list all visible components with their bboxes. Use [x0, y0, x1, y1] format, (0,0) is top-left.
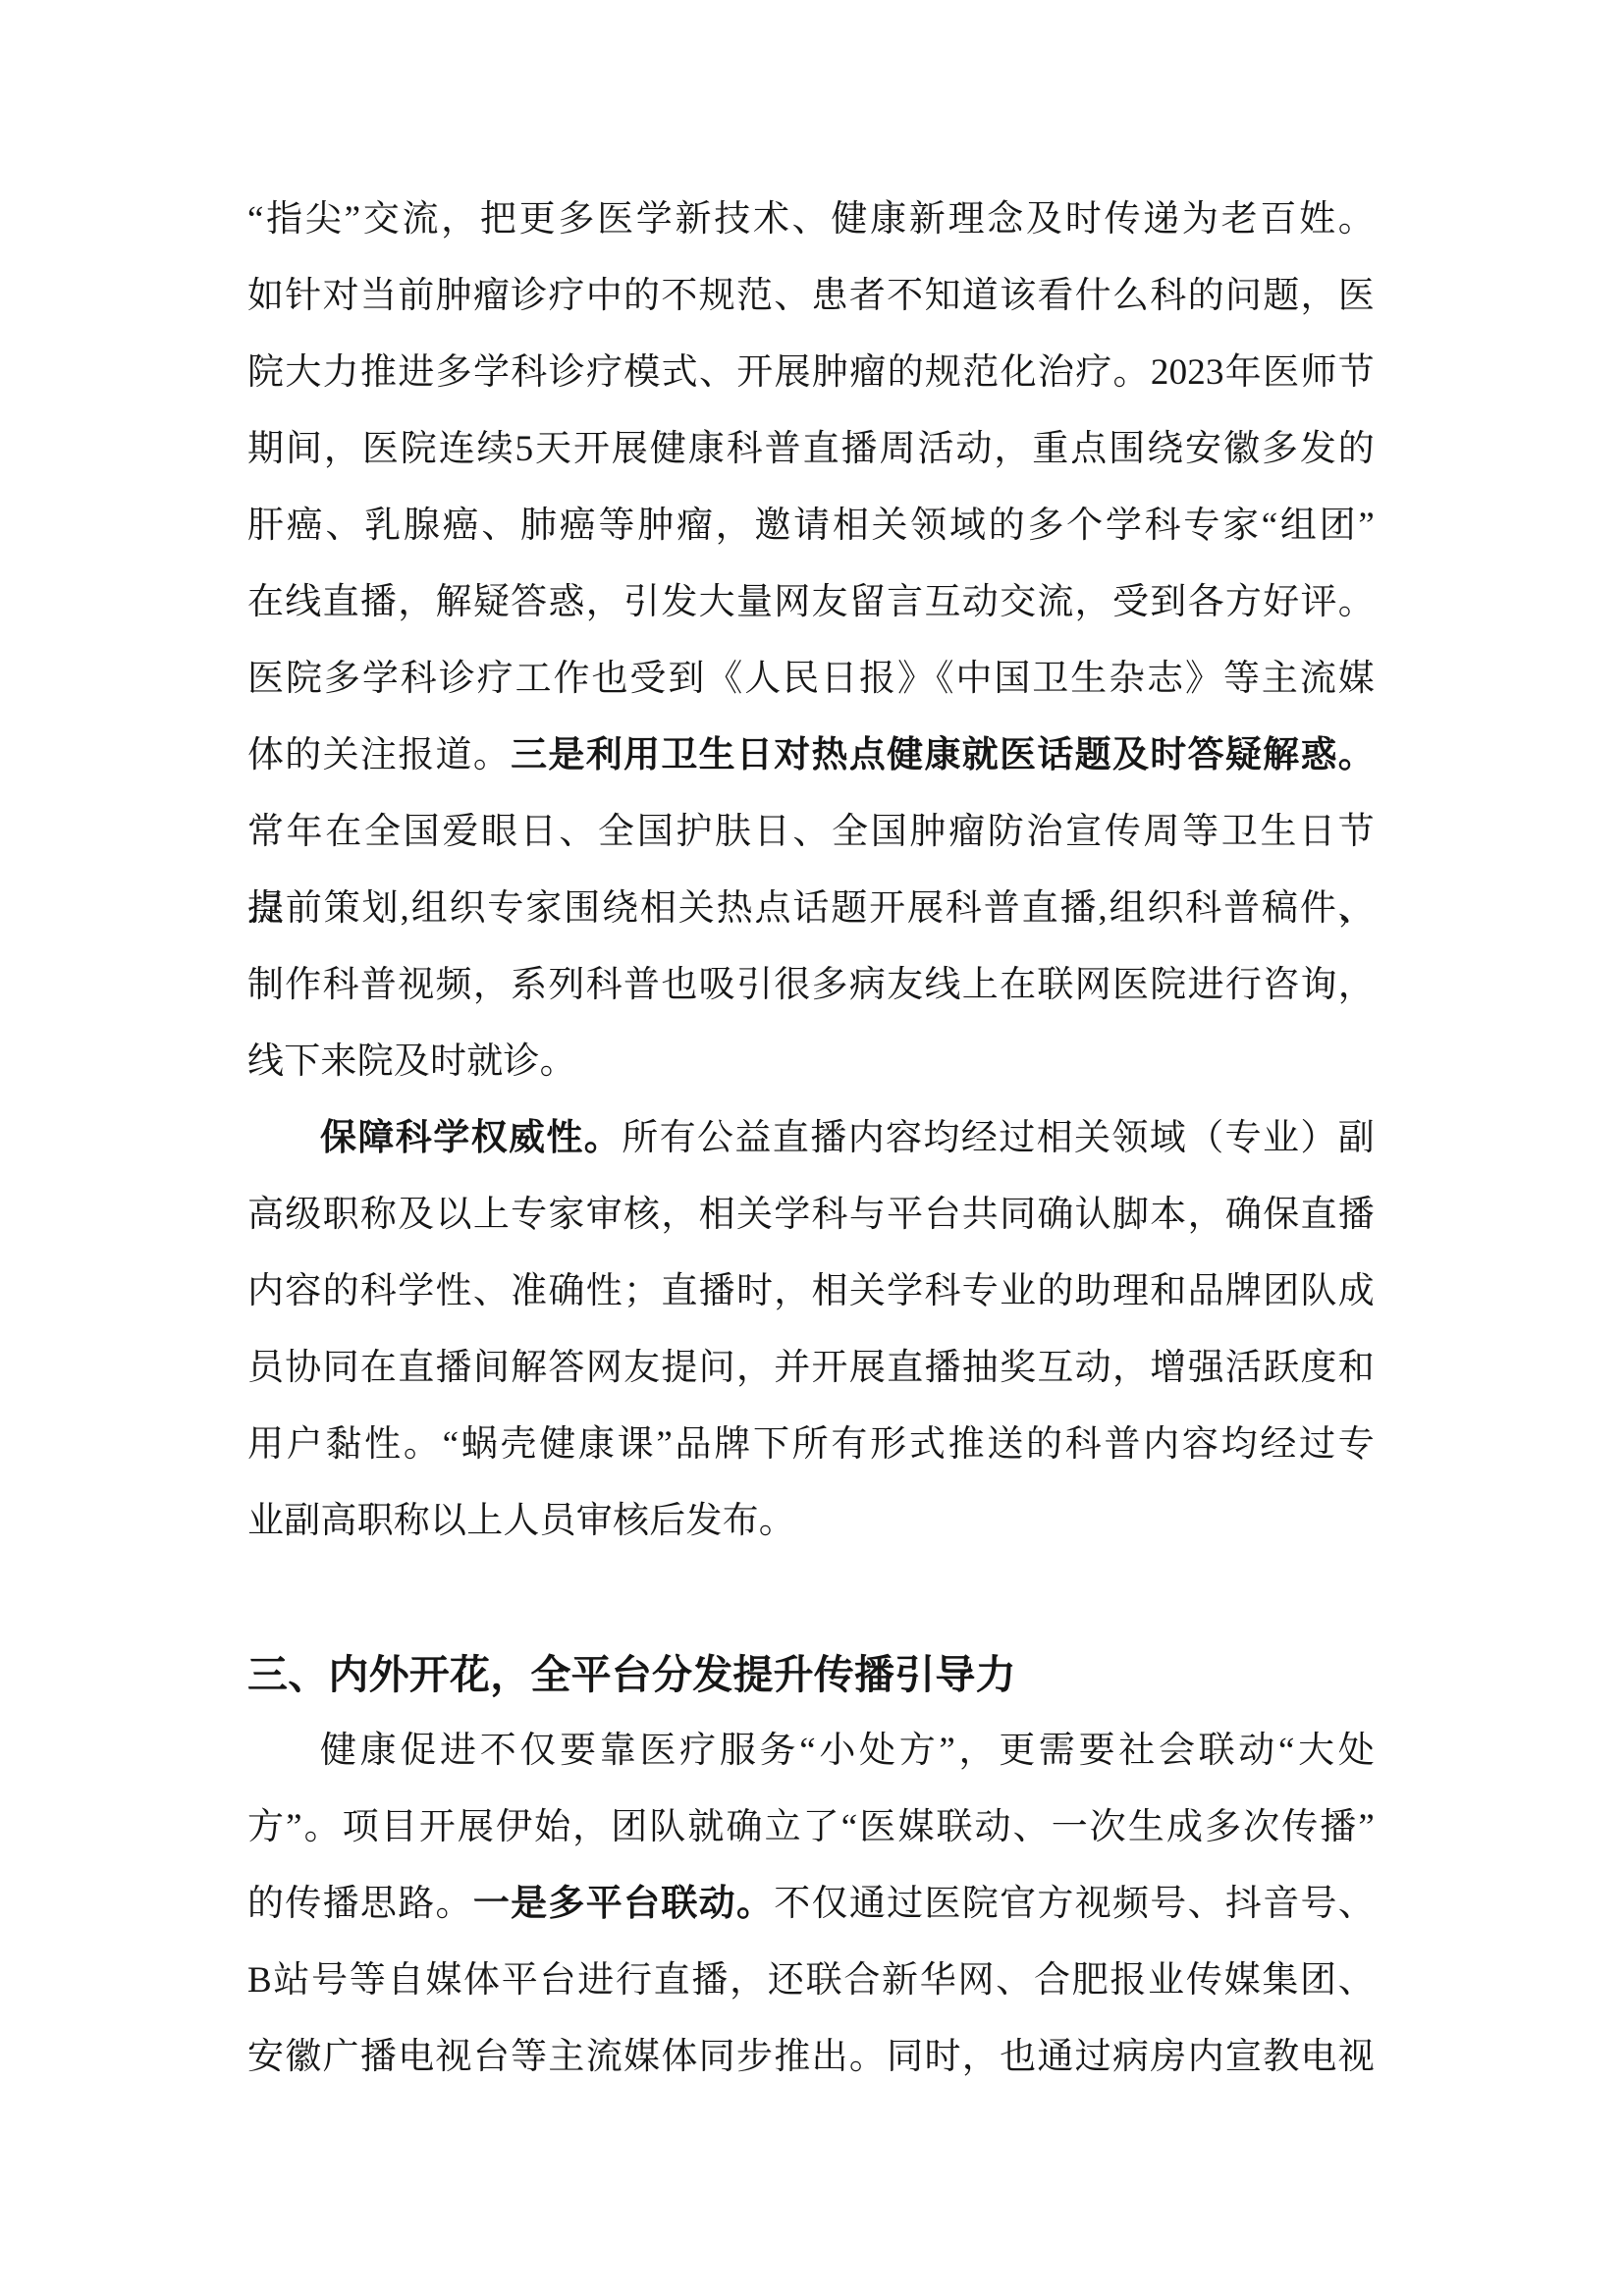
- text-line: 保障科学权威性。所有公益直播内容均经过相关领域（专业）副: [247, 1100, 1375, 1177]
- text-run: 制作科普视频，系列科普也吸引很多病友线上在联网医院进行咨询，: [247, 965, 1375, 1005]
- text-line: 的传播思路。一是多平台联动。不仅通过医院官方视频号、抖音号、: [247, 1866, 1375, 1943]
- text-line: 线下来院及时就诊。: [247, 1024, 1375, 1100]
- text-run: 安徽广播电视台等主流媒体同步推出。同时，也通过病房内宣教电视: [247, 2037, 1375, 2077]
- text-line: 安徽广播电视台等主流媒体同步推出。同时，也通过病房内宣教电视: [247, 2019, 1375, 2096]
- text-line: 用户黏性。“蜗壳健康课”品牌下所有形式推送的科普内容均经过专: [247, 1407, 1375, 1483]
- text-run: 院大力推进多学科诊疗模式、开展肿瘤的规范化治疗。2023年医师节: [247, 352, 1375, 393]
- page-content: “指尖”交流，把更多医学新技术、健康新理念及时传递为老百姓。如针对当前肿瘤诊疗中…: [247, 182, 1375, 2096]
- bold-text-run: 三是利用卫生日对热点健康就医话题及时答疑解惑。: [511, 735, 1375, 775]
- section-heading: 三、内外开花，全平台分发提升传播引导力: [247, 1636, 1375, 1713]
- text-line: B站号等自媒体平台进行直播，还联合新华网、合肥报业传媒集团、: [247, 1943, 1375, 2019]
- text-run: 业副高职称以上人员审核后发布。: [247, 1501, 795, 1541]
- bold-text-run: 保障科学权威性。: [320, 1118, 622, 1158]
- text-line: 期间，医院连续5天开展健康科普直播周活动，重点围绕安徽多发的: [247, 411, 1375, 488]
- text-run: 肝癌、乳腺癌、肺癌等肿瘤，邀请相关领域的多个学科专家“组团”: [247, 506, 1375, 546]
- text-run: B站号等自媒体平台进行直播，还联合新华网、合肥报业传媒集团、: [247, 1960, 1375, 2001]
- text-line: 健康促进不仅要靠医疗服务“小处方”，更需要社会联动“大处: [247, 1713, 1375, 1789]
- text-line: 制作科普视频，系列科普也吸引很多病友线上在联网医院进行咨询，: [247, 947, 1375, 1024]
- text-run: 不仅通过医院官方视频号、抖音号、: [774, 1884, 1375, 1924]
- bold-text-run: 三、内外开花，全平台分发提升传播引导力: [247, 1652, 1016, 1697]
- text-line: 医院多学科诊疗工作也受到《人民日报》《中国卫生杂志》等主流媒: [247, 641, 1375, 718]
- text-line: 在线直播，解疑答惑，引发大量网友留言互动交流，受到各方好评。: [247, 564, 1375, 641]
- text-run: 如针对当前肿瘤诊疗中的不规范、患者不知道该看什么科的问题，医: [247, 276, 1375, 316]
- text-run: 用户黏性。“蜗壳健康课”品牌下所有形式推送的科普内容均经过专: [247, 1424, 1375, 1465]
- text-run: 线下来院及时就诊。: [247, 1041, 576, 1082]
- text-line: 方”。项目开展伊始，团队就确立了“医媒联动、一次生成多次传播”: [247, 1789, 1375, 1866]
- paragraph-spacer: [247, 1560, 1375, 1636]
- text-line: 业副高职称以上人员审核后发布。: [247, 1483, 1375, 1560]
- text-run: 内容的科学性、准确性；直播时，相关学科专业的助理和品牌团队成: [247, 1271, 1375, 1311]
- text-run: “指尖”交流，把更多医学新技术、健康新理念及时传递为老百姓。: [247, 199, 1375, 240]
- text-run: 提前策划,组织专家围绕相关热点话题开展科普直播,组织科普稿件、: [247, 888, 1375, 929]
- text-line: 高级职称及以上专家审核，相关学科与平台共同确认脚本，确保直播: [247, 1177, 1375, 1254]
- text-run: 高级职称及以上专家审核，相关学科与平台共同确认脚本，确保直播: [247, 1195, 1375, 1235]
- text-line: 院大力推进多学科诊疗模式、开展肿瘤的规范化治疗。2023年医师节: [247, 335, 1375, 411]
- text-run: 医院多学科诊疗工作也受到《人民日报》《中国卫生杂志》等主流媒: [247, 659, 1375, 699]
- text-line: 如针对当前肿瘤诊疗中的不规范、患者不知道该看什么科的问题，医: [247, 258, 1375, 335]
- text-run: 在线直播，解疑答惑，引发大量网友留言互动交流，受到各方好评。: [247, 582, 1375, 622]
- text-line: 提前策划,组织专家围绕相关热点话题开展科普直播,组织科普稿件、: [247, 871, 1375, 947]
- text-line: “指尖”交流，把更多医学新技术、健康新理念及时传递为老百姓。: [247, 182, 1375, 258]
- text-line: 肝癌、乳腺癌、肺癌等肿瘤，邀请相关领域的多个学科专家“组团”: [247, 488, 1375, 564]
- text-line: 常年在全国爱眼日、全国护肤日、全国肿瘤防治宣传周等卫生日节点，: [247, 794, 1375, 871]
- bold-text-run: 一是多平台联动。: [473, 1884, 774, 1924]
- text-line: 员协同在直播间解答网友提问，并开展直播抽奖互动，增强活跃度和: [247, 1330, 1375, 1407]
- text-run: 期间，医院连续5天开展健康科普直播周活动，重点围绕安徽多发的: [247, 429, 1375, 469]
- text-run: 方”。项目开展伊始，团队就确立了“医媒联动、一次生成多次传播”: [247, 1807, 1375, 1847]
- text-run: 体的关注报道。: [247, 735, 511, 775]
- text-line: 内容的科学性、准确性；直播时，相关学科专业的助理和品牌团队成: [247, 1254, 1375, 1330]
- text-run: 所有公益直播内容均经过相关领域（专业）副: [622, 1118, 1375, 1158]
- text-run: 的传播思路。: [247, 1884, 473, 1924]
- text-line: 体的关注报道。三是利用卫生日对热点健康就医话题及时答疑解惑。: [247, 718, 1375, 794]
- text-run: 员协同在直播间解答网友提问，并开展直播抽奖互动，增强活跃度和: [247, 1348, 1375, 1388]
- text-run: 健康促进不仅要靠医疗服务“小处方”，更需要社会联动“大处: [320, 1731, 1375, 1771]
- document-page: “指尖”交流，把更多医学新技术、健康新理念及时传递为老百姓。如针对当前肿瘤诊疗中…: [0, 0, 1624, 2296]
